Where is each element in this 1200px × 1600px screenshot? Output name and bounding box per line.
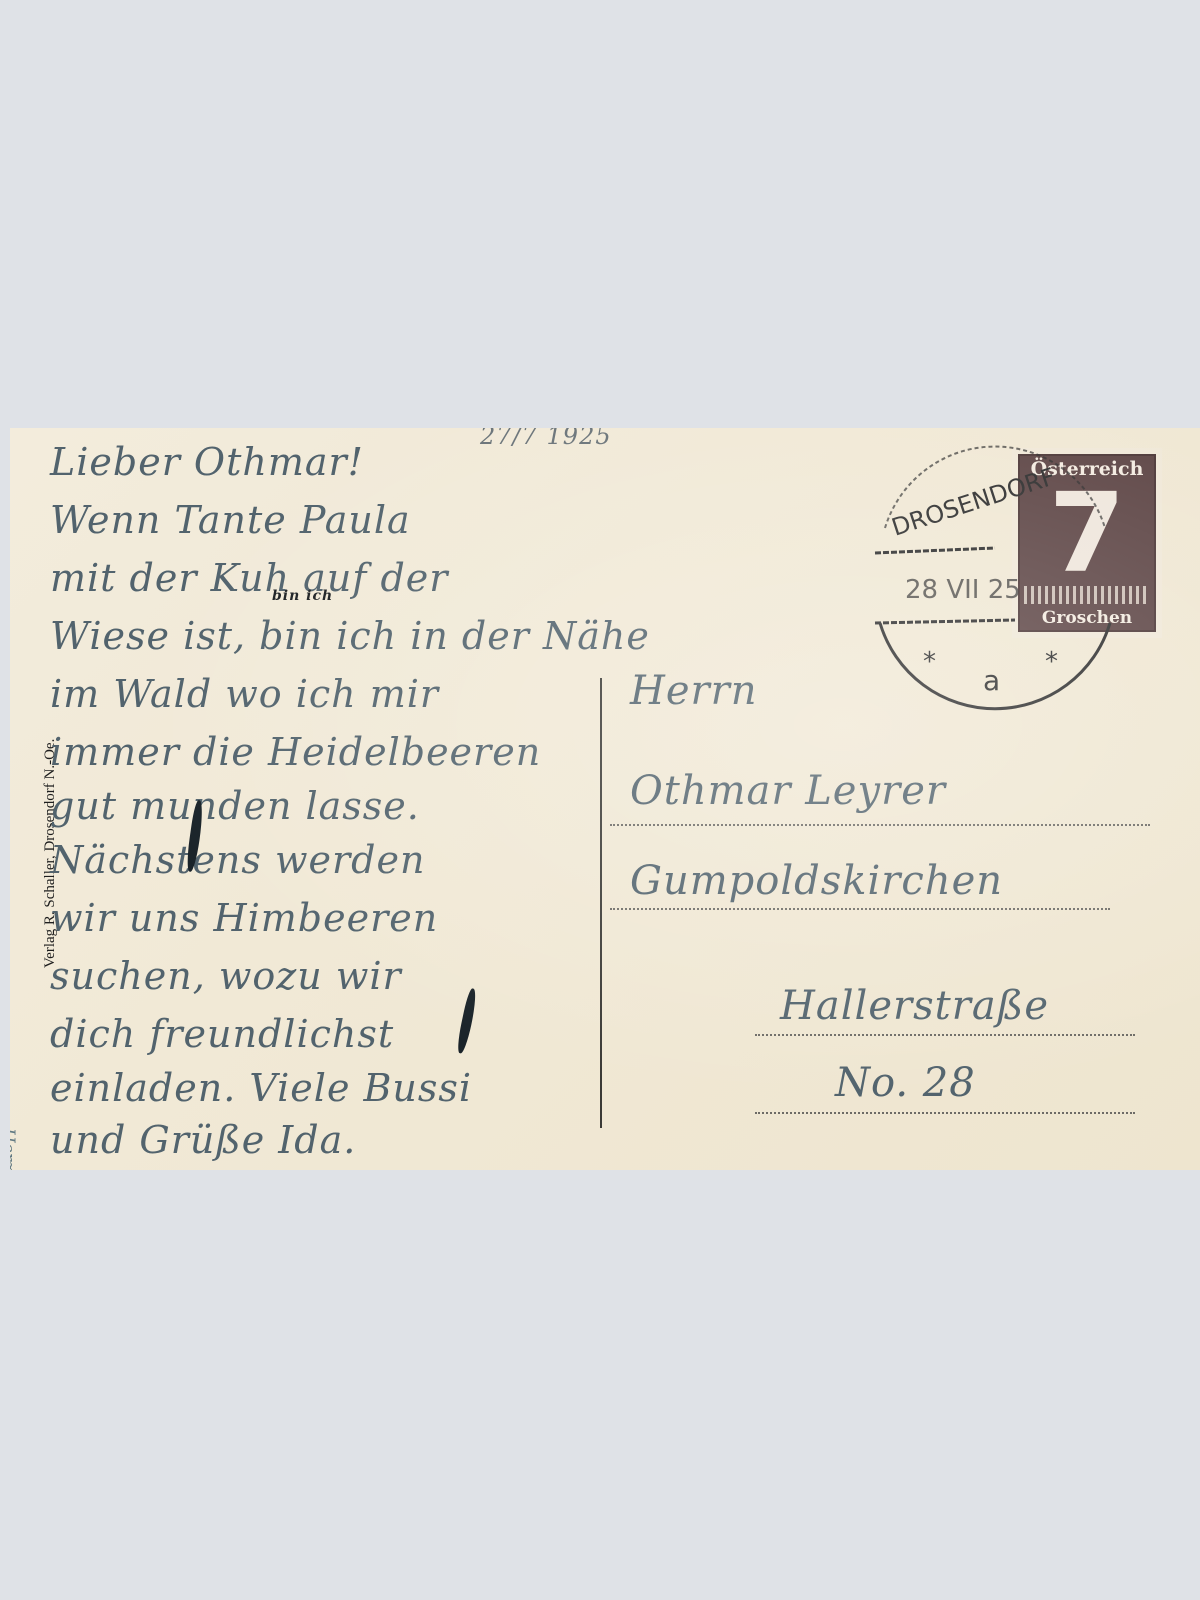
- asterisk-icon: *: [1045, 647, 1058, 677]
- address-rule: [755, 1034, 1135, 1036]
- address-city: Gumpoldskirchen: [630, 858, 1003, 904]
- message-line: dich freundlichst: [50, 1012, 394, 1056]
- inserted-words: bin ich: [272, 588, 333, 604]
- message-line: Nächstens werden: [50, 838, 425, 882]
- message-line: Wiese ist, bin ich in der Nähe: [50, 614, 650, 658]
- ink-blot: [455, 988, 479, 1055]
- message-line: mit der Kuh auf der: [50, 556, 448, 600]
- card-divider: [600, 678, 602, 1128]
- postmark-suffix: a: [983, 664, 1000, 697]
- message-line: einladen. Viele Bussi: [50, 1066, 472, 1110]
- address-street: Hallerstraße: [780, 983, 1049, 1029]
- address-salutation: Herrn: [630, 668, 758, 714]
- postmark-town: DROSENDORF: [888, 462, 1059, 541]
- message-line: Lieber Othmar!: [50, 440, 364, 484]
- side-note: Herzliche Othmar … kommt auf … Bücher …: [10, 1128, 18, 1170]
- postmark-date: 28 VII 25: [905, 575, 1021, 605]
- postmark: DROSENDORF 28 VII 25 * * a: [865, 458, 1125, 698]
- date-written: 27/7 1925: [480, 428, 612, 450]
- postcard-back: Herzliche Othmar … kommt auf … Bücher … …: [10, 428, 1200, 1170]
- message-line: suchen, wozu wir: [50, 954, 402, 998]
- address-rule: [755, 1112, 1135, 1114]
- asterisk-icon: *: [923, 647, 936, 677]
- message-line: im Wald wo ich mir: [50, 672, 439, 716]
- message-line: Wenn Tante Paula: [50, 498, 411, 542]
- message-line: gut munden lasse.: [50, 784, 420, 828]
- message-line: wir uns Himbeeren: [50, 896, 438, 940]
- address-rule: [610, 824, 1150, 826]
- address-name: Othmar Leyrer: [630, 768, 946, 814]
- message-line: und Grüße Ida.: [50, 1118, 356, 1162]
- address-rule: [610, 908, 1110, 910]
- address-number: No. 28: [835, 1060, 976, 1106]
- message-line: immer die Heidelbeeren: [50, 730, 541, 774]
